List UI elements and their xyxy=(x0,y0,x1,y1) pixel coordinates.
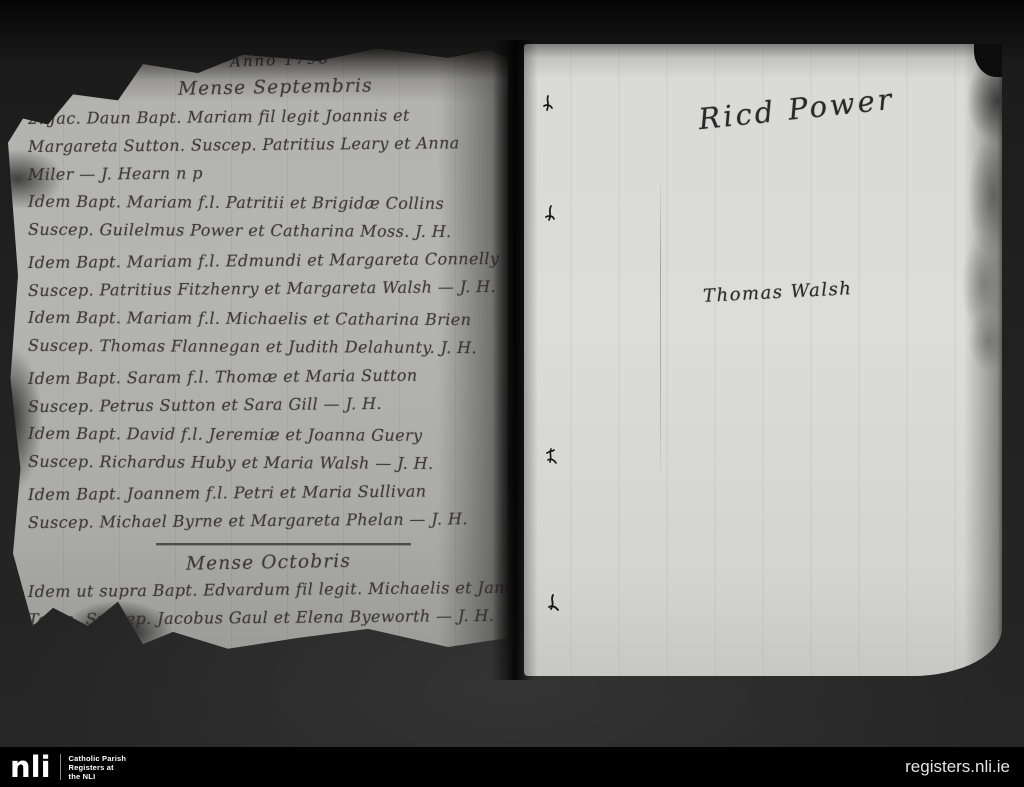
binding-mark-icon xyxy=(543,95,554,112)
october-header: Mense Octobris xyxy=(186,548,498,574)
right-page xyxy=(524,44,1002,676)
october-entries: Idem ut supra Bapt. Edvardum fil legit. … xyxy=(28,576,498,632)
nli-brand: nli Catholic Parish Registers at the NLI xyxy=(10,753,126,781)
register-line: Suscep. Guilelmus Power et Catharina Mos… xyxy=(28,216,498,246)
register-line: Miler — J. Hearn n p xyxy=(28,157,498,189)
brand-caption-line: Catholic Parish xyxy=(69,754,127,763)
baptism-entry: Idem Bapt. Mariam f.l. Edmundi et Margar… xyxy=(28,247,498,303)
baptism-entry: Idem ut supra Bapt. Edvardum fil legit. … xyxy=(28,576,498,632)
baptism-entry: Idem Bapt. David f.l. Jeremiæ et Joanna … xyxy=(28,421,498,477)
september-header: Mense Septembris xyxy=(178,73,498,100)
register-line: Suscep. Patritius Fitzhenry et Margareta… xyxy=(28,273,498,305)
page-crease-line xyxy=(660,182,661,472)
binding-mark-icon xyxy=(546,448,557,465)
register-line: Suscep. Thomas Flannegan et Judith Delah… xyxy=(28,332,498,362)
register-line: 2. Jac. Daun Bapt. Mariam fil legit Joan… xyxy=(28,101,498,133)
section-divider xyxy=(156,543,411,545)
nli-logo: nli xyxy=(10,753,51,781)
year-note: Anno 1798 xyxy=(230,49,331,70)
september-entries: 2. Jac. Daun Bapt. Mariam fil legit Joan… xyxy=(28,103,498,535)
register-line: Idem Bapt. Mariam f.l. Edmundi et Margar… xyxy=(28,245,498,277)
brand-caption-line: Registers at xyxy=(69,763,114,772)
baptism-entry: Idem Bapt. Mariam f.l. Patritii et Brigi… xyxy=(28,189,498,245)
register-line: Margareta Sutton. Suscep. Patritius Lear… xyxy=(28,129,498,161)
register-line: Idem ut supra Bapt. Edvardum fil legit. … xyxy=(28,574,498,606)
register-line: Idem Bapt. Mariam f.l. Patritii et Brigi… xyxy=(28,188,498,218)
left-page: Anno 1798 Mense Septembris 2. Jac. Daun … xyxy=(8,46,508,650)
baptism-entry: 2. Jac. Daun Bapt. Mariam fil legit Joan… xyxy=(28,103,498,187)
brand-caption-line: the NLI xyxy=(69,772,96,781)
register-line: Idem Bapt. David f.l. Jeremiæ et Joanna … xyxy=(28,420,498,450)
register-line: Suscep. Michael Byrne et Margareta Phela… xyxy=(28,505,498,537)
register-line: Tobin. Suscep. Jacobus Gaul et Elena Bye… xyxy=(28,602,498,634)
register-line: Idem Bapt. Joannem f.l. Petri et Maria S… xyxy=(28,477,498,509)
baptism-entry: Idem Bapt. Saram f.l. Thomæ et Maria Sut… xyxy=(28,363,498,419)
register-scan: Anno 1798 Mense Septembris 2. Jac. Daun … xyxy=(0,0,1024,747)
footer-bar: nli Catholic Parish Registers at the NLI… xyxy=(0,747,1024,787)
baptism-entry: Idem Bapt. Mariam f.l. Michaelis et Cath… xyxy=(28,305,498,361)
baptism-entry: Idem Bapt. Joannem f.l. Petri et Maria S… xyxy=(28,479,498,535)
binding-mark-icon xyxy=(548,594,559,611)
register-line: Idem Bapt. Saram f.l. Thomæ et Maria Sut… xyxy=(28,361,498,393)
binding-mark-icon xyxy=(545,205,556,222)
left-page-content: Anno 1798 Mense Septembris 2. Jac. Daun … xyxy=(8,46,508,650)
register-line: Idem Bapt. Mariam f.l. Michaelis et Cath… xyxy=(28,304,498,334)
register-line: Suscep. Petrus Sutton et Sara Gill — J. … xyxy=(28,389,498,421)
register-line: Suscep. Richardus Huby et Maria Walsh — … xyxy=(28,448,498,478)
brand-divider xyxy=(60,754,61,780)
site-watermark: registers.nli.ie xyxy=(905,757,1010,777)
brand-caption: Catholic Parish Registers at the NLI xyxy=(69,754,127,781)
